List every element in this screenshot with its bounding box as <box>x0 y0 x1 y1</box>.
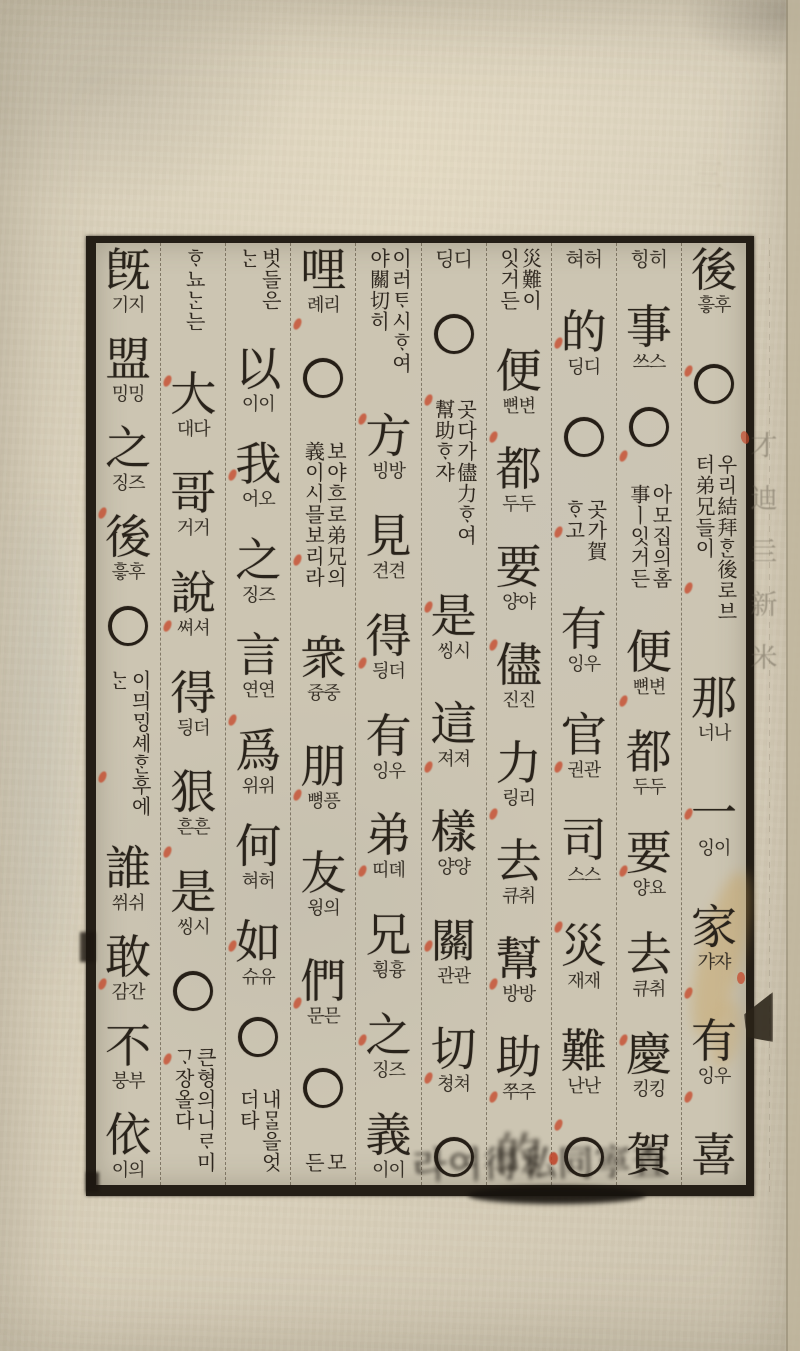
hanja-glyph: 兄 <box>365 913 411 959</box>
hangul-gloss-pair: 연연 <box>242 681 275 699</box>
hangul-gloss-pair: 즁중 <box>307 684 340 702</box>
hanja-cell: 去큐취 <box>626 932 672 998</box>
red-tone-dot <box>683 1090 694 1104</box>
hanja-glyph: 們 <box>300 959 346 1005</box>
hanja-glyph: 一 <box>691 791 737 837</box>
hanja-glyph: 事 <box>626 305 672 351</box>
hangul-gloss-pair: 잉우 <box>698 1067 731 1085</box>
hanja-cell: 依이의 <box>105 1113 151 1179</box>
hanja-cell: 那너나 <box>691 676 737 742</box>
hangul-gloss-pair: 쒸쉬 <box>112 894 145 912</box>
hanja-cell: 助쭈주 <box>496 1035 542 1101</box>
hangul-gloss-pair: 쳥쳐 <box>437 1075 470 1093</box>
hangul-gloss-pair: 이의 <box>112 1161 145 1179</box>
hanja-glyph: 弟 <box>365 813 411 859</box>
red-tone-dot <box>553 1118 564 1132</box>
hangul-gloss-pair: 양야 <box>502 593 535 611</box>
hanja-glyph: 的 <box>561 310 607 356</box>
hanja-glyph: 誰 <box>105 846 151 892</box>
hangul-gloss-pair: 잉이 <box>698 839 731 857</box>
hanja-cell: 後흫후 <box>691 248 737 314</box>
hanja-glyph: 都 <box>626 730 672 776</box>
hanja-glyph: 去 <box>496 839 542 885</box>
hanja-cell: 之징즈 <box>105 426 151 492</box>
column-5: 딩디곳다가儘力ᄒᆞ여幫助ᄒᆞ쟈是씽시這져져樣양양關관관切쳥쳐 <box>421 243 486 1185</box>
hanja-cell: 是씽시 <box>170 870 216 936</box>
hangul-gloss-pair: 권관 <box>567 761 600 779</box>
red-tone-dot <box>737 972 745 984</box>
vernacular-translation: 災難이잇거든 <box>497 248 541 317</box>
hangul-gloss-pair: 딍더 <box>177 719 210 737</box>
hanja-cell: 義이이 <box>365 1113 411 1179</box>
hangul-gloss-pair: 딩디 <box>435 250 472 270</box>
hanja-glyph: 見 <box>365 514 411 560</box>
vernacular-translation: 아모집의홈事ㅣ잇거든 <box>627 484 671 595</box>
hanja-cell: 這져져 <box>431 702 477 768</box>
hanja-glyph: 哥 <box>170 471 216 517</box>
hanja-glyph: 言 <box>235 633 281 679</box>
hangul-gloss-pair: 밍밍 <box>112 385 145 403</box>
hanja-cell: 之징즈 <box>235 538 281 604</box>
page-edge-line <box>786 0 788 1351</box>
hanja-glyph: 狠 <box>170 770 216 816</box>
hanja-glyph: 盟 <box>105 337 151 383</box>
column-9: ᄒᆞ뇨ᄂᆞᆫ는大대다哥거거說쎠셔得딍더狠흔흔是씽시큰형의니ᄅᆞ미ᄀᆞ장올다 <box>160 243 225 1185</box>
hangul-gloss-pair: 방방 <box>502 985 535 1003</box>
hangul-gloss-pair: 뼌변 <box>502 397 535 415</box>
hanja-cell: 兄휭흉 <box>365 913 411 979</box>
hanja-glyph: 朋 <box>300 744 346 790</box>
hangul-gloss-pair: 빙방 <box>372 462 405 480</box>
hanja-glyph: 以 <box>235 347 281 393</box>
red-tone-dot <box>618 694 629 708</box>
column-1-rightmost: 後흫후우리結拜ᄒᆞᆫ後로브터弟兄들이那너나一잉이家갸쟈有잉우喜 <box>681 243 746 1185</box>
hanja-cell: 的딩디 <box>561 310 607 376</box>
hangul-gloss-pair: 쭈주 <box>502 1083 535 1101</box>
column-6: 이러ᄐᆞ시ᄒᆞ여야關切히方빙방見견견得딍더有잉우弟띠뎨兄휭흉之징즈義이이 <box>355 243 420 1185</box>
hanja-glyph: 依 <box>105 1113 151 1159</box>
hangul-gloss-pair: 견견 <box>372 562 405 580</box>
red-tone-dot <box>549 1152 558 1165</box>
hanja-cell: 盟밍밍 <box>105 337 151 403</box>
hanja-glyph: 助 <box>496 1035 542 1081</box>
hanja-cell: 朋뼝픙 <box>300 744 346 810</box>
hangul-gloss-pair: 흫후 <box>698 296 731 314</box>
hanja-cell: 說쎠셔 <box>170 571 216 637</box>
bleedthrough-char: 米 <box>751 636 778 675</box>
bleedthrough-char: 亖 <box>751 530 778 569</box>
hanja-cell: 不붕부 <box>105 1024 151 1090</box>
hanja-glyph: 後 <box>105 515 151 561</box>
hanja-glyph: 我 <box>235 442 281 488</box>
hangul-gloss-pair: 혀허 <box>242 872 275 890</box>
hangul-gloss-pair: 감간 <box>112 983 145 1001</box>
hanja-cell: 狠흔흔 <box>170 770 216 836</box>
hanja-glyph: 之 <box>235 538 281 584</box>
hangul-gloss-pair: 기지 <box>112 296 145 314</box>
hangul-gloss-pair: 스스 <box>567 866 600 884</box>
hanja-cell: 哩례리 <box>300 248 346 314</box>
hangul-gloss-pair: 딍더 <box>372 662 405 680</box>
hangul-gloss-pair: 징즈 <box>242 586 275 604</box>
red-tone-dot <box>487 430 498 444</box>
hangul-gloss-pair: 큐취 <box>632 980 665 998</box>
vernacular-translation: 큰형의니ᄅᆞ미ᄀᆞ장올다 <box>171 1047 215 1179</box>
hangul-gloss-pair: 문믄 <box>307 1007 340 1025</box>
bleedthrough-char: 才 <box>751 424 778 463</box>
hanja-cell: 司스스 <box>561 818 607 884</box>
hanja-glyph: 敢 <box>105 935 151 981</box>
hangul-gloss-pair: 져져 <box>437 750 470 768</box>
paper-discoloration <box>14 500 72 970</box>
text-frame-border: 後흫후우리結拜ᄒᆞᆫ後로브터弟兄들이那너나一잉이家갸쟈有잉우喜힝히事쓰스아모집의… <box>86 236 754 1196</box>
vernacular-translation: 내ᄆᆞᆯ을엇더타 <box>236 1089 280 1179</box>
hanja-cell: 弟띠뎨 <box>365 813 411 879</box>
hangul-gloss-pair: 징즈 <box>112 474 145 492</box>
hangul-gloss-pair: 진진 <box>502 691 535 709</box>
hanja-cell: 有잉우 <box>561 607 607 673</box>
hanja-cell: 難난난 <box>561 1029 607 1095</box>
hanja-glyph: 不 <box>105 1024 151 1070</box>
hanja-glyph: 方 <box>365 414 411 460</box>
red-tone-dot <box>162 845 173 859</box>
hanja-glyph: 災 <box>561 924 607 970</box>
hanja-glyph: 大 <box>170 372 216 418</box>
hangul-gloss-pair: 징즈 <box>372 1061 405 1079</box>
vernacular-translation: 이러ᄐᆞ시ᄒᆞ여야關切히 <box>366 248 410 380</box>
hanja-glyph: 慶 <box>626 1032 672 1078</box>
page-edge <box>788 0 800 1351</box>
hanja-cell: 樣양양 <box>431 810 477 876</box>
red-tone-dot <box>422 760 433 774</box>
column-10-leftmost: 旣기지盟밍밍之징즈後흫후이믜ᄆᆡᆼ셰ᄒᆞᆫ후에ᄂᆞᆫ誰쒸쉬敢감간不붕부依이의 <box>96 243 160 1185</box>
red-tone-dot <box>487 1090 498 1104</box>
hangul-gloss-pair: 흫후 <box>112 563 145 581</box>
circle-separator <box>303 1068 343 1108</box>
hanja-cell: 有잉우 <box>365 714 411 780</box>
hangul-gloss-pair: 혀허 <box>565 250 602 270</box>
hanja-cell: 都두두 <box>626 730 672 796</box>
hanja-cell: 哥거거 <box>170 471 216 537</box>
hanja-cell: 是씽시 <box>431 594 477 660</box>
hangul-gloss-pair: 잉우 <box>567 655 600 673</box>
ink-smudge-text: 라여得私同寕査 <box>412 1134 665 1190</box>
hanja-glyph: 如 <box>235 920 281 966</box>
circle-separator <box>694 364 734 404</box>
hanja-glyph: 幫 <box>496 937 542 983</box>
hangul-gloss-pair: 힝히 <box>631 250 668 270</box>
hanja-cell: 關관관 <box>431 919 477 985</box>
circle-separator <box>629 407 669 447</box>
hanja-glyph: 切 <box>431 1027 477 1073</box>
hanja-cell: 何혀허 <box>235 824 281 890</box>
hanja-cell: 後흫후 <box>105 515 151 581</box>
hanja-glyph: 有 <box>365 714 411 760</box>
circle-separator <box>173 971 213 1011</box>
hanja-cell: 友윙의 <box>300 851 346 917</box>
hanja-cell: 旣기지 <box>105 248 151 314</box>
hanja-glyph: 之 <box>105 426 151 472</box>
hanja-cell: 便뼌변 <box>626 630 672 696</box>
hanja-glyph: 都 <box>496 447 542 493</box>
circle-separator <box>238 1017 278 1057</box>
hanja-cell: 爲위위 <box>235 729 281 795</box>
hanja-glyph: 有 <box>561 607 607 653</box>
hanja-glyph: 關 <box>431 919 477 965</box>
vernacular-translation: 벗들은ᄂᆞᆫ <box>236 248 280 317</box>
hanja-cell: 儘진진 <box>496 643 542 709</box>
hangul-gloss-pair: 양요 <box>632 879 665 897</box>
hangul-gloss-pair: 킹킹 <box>632 1080 665 1098</box>
circle-separator <box>108 606 148 646</box>
hanja-glyph: 要 <box>626 831 672 877</box>
column-7: 哩례리보야흐로弟兄의義이시믈보리라衆즁중朋뼝픙友윙의們문믄모든 <box>290 243 355 1185</box>
fold-line <box>769 238 770 1196</box>
red-tone-dot <box>292 317 303 331</box>
hangul-gloss-pair: 너나 <box>698 724 731 742</box>
circle-separator <box>303 358 343 398</box>
hanja-glyph: 喜 <box>691 1133 737 1179</box>
hanja-glyph: 義 <box>365 1113 411 1159</box>
hangul-gloss-pair: 갸쟈 <box>698 953 731 971</box>
hanja-cell: 災재재 <box>561 924 607 990</box>
circle-separator <box>434 314 474 354</box>
vernacular-translation: 보야흐로弟兄의義이시믈보리라 <box>301 441 345 594</box>
hanja-glyph: 便 <box>626 630 672 676</box>
hanja-glyph: 哩 <box>300 248 346 294</box>
bleedthrough-char: 新 <box>751 583 778 622</box>
red-tone-dot <box>227 713 238 727</box>
hanja-glyph: 這 <box>431 702 477 748</box>
hanja-glyph: 力 <box>496 741 542 787</box>
hangul-gloss-pair: 대다 <box>177 420 210 438</box>
hanja-glyph: 爲 <box>235 729 281 775</box>
hanja-cell: 便뼌변 <box>496 349 542 415</box>
hanja-glyph: 衆 <box>300 636 346 682</box>
hanja-cell: 如슈유 <box>235 920 281 986</box>
vernacular-translation: ᄒᆞ뇨ᄂᆞᆫ는 <box>182 248 204 338</box>
hangul-gloss-pair: 윙의 <box>307 899 340 917</box>
hanja-glyph: 去 <box>626 932 672 978</box>
hangul-gloss-pair: 큐취 <box>502 887 535 905</box>
hangul-gloss-pair: 위위 <box>242 777 275 795</box>
hanja-glyph: 旣 <box>105 248 151 294</box>
hanja-glyph: 有 <box>691 1019 737 1065</box>
hanja-cell: 力링리 <box>496 741 542 807</box>
hanja-glyph: 便 <box>496 349 542 395</box>
column-4: 災難이잇거든便뼌변都두두要양야儘진진力링리去큐취幫방방助쭈주的 <box>486 243 551 1185</box>
hanja-cell: 有잉우 <box>691 1019 737 1085</box>
red-tone-dot <box>618 449 629 463</box>
red-tone-dot <box>683 365 694 379</box>
hanja-cell: 事쓰스 <box>626 305 672 371</box>
faint-ink-mark: 三 <box>690 149 725 197</box>
hangul-gloss-pair: 이이 <box>372 1161 405 1179</box>
vernacular-translation: 우리結拜ᄒᆞᆫ後로브터弟兄들이 <box>692 454 736 628</box>
hanja-glyph: 樣 <box>431 810 477 856</box>
vernacular-translation: 모든 <box>301 1152 345 1179</box>
hanja-cell: 得딍더 <box>170 671 216 737</box>
hangul-gloss-pair: 두두 <box>632 778 665 796</box>
hanja-cell: 見견견 <box>365 514 411 580</box>
hanja-glyph: 後 <box>691 248 737 294</box>
vernacular-translation: 곳가賀ᄒᆞ고 <box>562 499 606 568</box>
hanja-glyph: 何 <box>235 824 281 870</box>
hanja-glyph: 是 <box>431 594 477 640</box>
hanja-cell: 要양요 <box>626 831 672 897</box>
hangul-gloss-pair: 뼝픙 <box>307 792 340 810</box>
hanja-cell: 官권관 <box>561 713 607 779</box>
border-ink-mark <box>80 932 95 962</box>
hangul-gloss-pair: 이이 <box>242 395 275 413</box>
hangul-gloss-pair: 잉우 <box>372 762 405 780</box>
hanja-cell: 們문믄 <box>300 959 346 1025</box>
hangul-gloss-pair: 재재 <box>567 972 600 990</box>
border-ink-mark <box>86 1172 99 1192</box>
hanja-glyph: 得 <box>170 671 216 717</box>
hangul-gloss-pair: 링리 <box>502 789 535 807</box>
hanja-glyph: 官 <box>561 713 607 759</box>
hanja-cell: 一잉이 <box>691 791 737 857</box>
hangul-gloss-pair: 쎠셔 <box>177 619 210 637</box>
hangul-gloss-pair: 휭흉 <box>372 961 405 979</box>
hangul-gloss-pair: 두두 <box>502 495 535 513</box>
book-page: 三 後흫후우리結拜ᄒᆞᆫ後로브터弟兄들이那너나一잉이家갸쟈有잉우喜힝히事쓰스아모… <box>0 0 800 1351</box>
hanja-cell: 切쳥쳐 <box>431 1027 477 1093</box>
hangul-gloss-pair: 붕부 <box>112 1072 145 1090</box>
hanja-cell: 衆즁중 <box>300 636 346 702</box>
hanja-cell: 慶킹킹 <box>626 1032 672 1098</box>
hangul-gloss-pair: 난난 <box>567 1077 600 1095</box>
hangul-gloss-pair: 례리 <box>307 296 340 314</box>
hangul-gloss-pair: 슈유 <box>242 968 275 986</box>
hanja-glyph: 家 <box>691 905 737 951</box>
hanja-cell: 敢감간 <box>105 935 151 1001</box>
hangul-gloss-pair: 띠뎨 <box>372 861 405 879</box>
ink-blob <box>468 1186 646 1204</box>
margin-bleedthrough-column: 才迪亖新米 <box>751 424 777 675</box>
bleedthrough-char: 迪 <box>751 477 778 516</box>
column-3: 혀허的딩디곳가賀ᄒᆞ고有잉우官권관司스스災재재難난난 <box>551 243 616 1185</box>
red-tone-dot <box>487 807 498 821</box>
hangul-gloss-pair: 뼌변 <box>632 678 665 696</box>
hanja-glyph: 那 <box>691 676 737 722</box>
hangul-gloss-pair: 어오 <box>242 490 275 508</box>
hanja-glyph: 難 <box>561 1029 607 1075</box>
hangul-gloss-pair: 흔흔 <box>177 818 210 836</box>
hangul-gloss-pair: 쓰스 <box>632 353 665 371</box>
hangul-gloss-pair: 씽시 <box>437 642 470 660</box>
hangul-gloss-pair: 거거 <box>177 519 210 537</box>
hanja-cell: 要양야 <box>496 545 542 611</box>
column-8: 벗들은ᄂᆞᆫ以이이我어오之징즈言연연爲위위何혀허如슈유내ᄆᆞᆯ을엇더타 <box>225 243 290 1185</box>
text-columns-container: 後흫후우리結拜ᄒᆞᆫ後로브터弟兄들이那너나一잉이家갸쟈有잉우喜힝히事쓰스아모집의… <box>96 243 746 1185</box>
hanja-cell: 得딍더 <box>365 614 411 680</box>
hanja-glyph: 得 <box>365 614 411 660</box>
hangul-gloss-pair: 딩디 <box>567 358 600 376</box>
hanja-glyph: 說 <box>170 571 216 617</box>
hanja-glyph: 是 <box>170 870 216 916</box>
vernacular-translation: 곳다가儘力ᄒᆞ여幫助ᄒᆞ쟈 <box>432 399 476 552</box>
hanja-glyph: 友 <box>300 851 346 897</box>
hanja-cell: 之징즈 <box>365 1013 411 1079</box>
hanja-cell: 我어오 <box>235 442 281 508</box>
hanja-cell: 言연연 <box>235 633 281 699</box>
hanja-cell: 方빙방 <box>365 414 411 480</box>
hangul-gloss-pair: 양양 <box>437 858 470 876</box>
hanja-cell: 大대다 <box>170 372 216 438</box>
hanja-glyph: 要 <box>496 545 542 591</box>
hangul-gloss-pair: 관관 <box>437 967 470 985</box>
hangul-gloss-pair: 씽시 <box>177 918 210 936</box>
hanja-cell: 以이이 <box>235 347 281 413</box>
hanja-cell: 去큐취 <box>496 839 542 905</box>
hanja-cell: 都두두 <box>496 447 542 513</box>
circle-separator <box>564 417 604 457</box>
hanja-glyph: 之 <box>365 1013 411 1059</box>
red-tone-dot <box>683 986 694 1000</box>
column-2: 힝히事쓰스아모집의홈事ㅣ잇거든便뼌변都두두要양요去큐취慶킹킹賀 <box>616 243 681 1185</box>
hanja-cell: 幫방방 <box>496 937 542 1003</box>
vernacular-translation: 이믜ᄆᆡᆼ셰ᄒᆞᆫ후에ᄂᆞᆫ <box>106 670 150 823</box>
hanja-cell: 喜 <box>691 1133 737 1179</box>
hanja-cell: 誰쒸쉬 <box>105 846 151 912</box>
hanja-glyph: 儘 <box>496 643 542 689</box>
hanja-glyph: 司 <box>561 818 607 864</box>
hanja-cell: 家갸쟈 <box>691 905 737 971</box>
